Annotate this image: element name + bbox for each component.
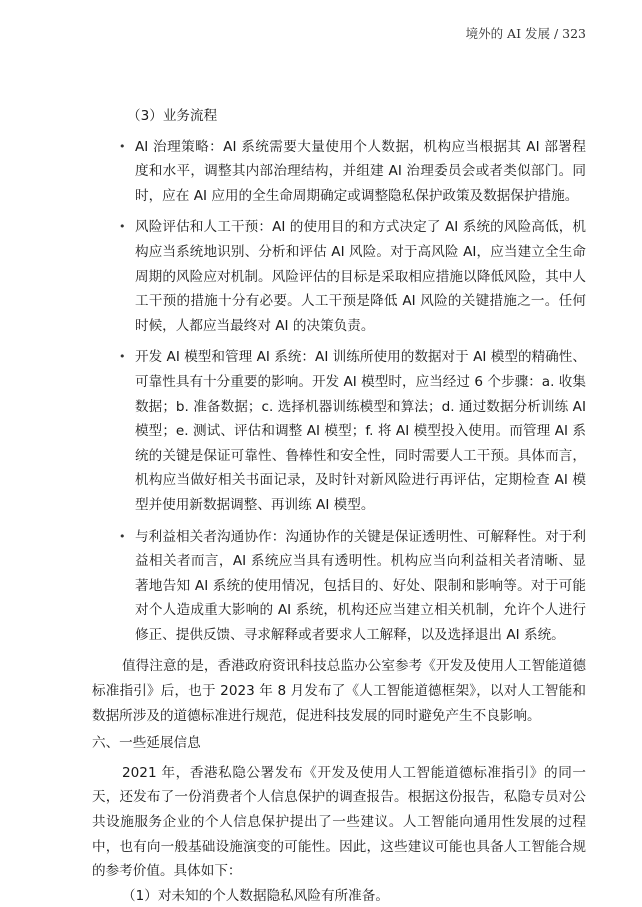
bullet-dot-icon: •	[119, 215, 126, 240]
running-header: 境外的 AI 发展 / 323	[466, 24, 586, 42]
bullet-risk-assessment: • 风险评估和人工干预：AI 的使用目的和方式决定了 AI 系统的风险高低，机构…	[92, 215, 586, 338]
bullet-dot-icon: •	[119, 135, 126, 160]
section-heading-extended-info: 六、一些延展信息	[92, 731, 586, 756]
bullet-text: 与利益相关者沟通协作：沟通协作的关键是保证透明性、可解释性。对于利益相关者而言，…	[135, 529, 586, 643]
bullet-text: 风险评估和人工干预：AI 的使用目的和方式决定了 AI 系统的风险高低，机构应当…	[135, 219, 586, 333]
numbered-item-1: （1）对未知的个人数据隐私风险有所准备。	[92, 884, 586, 907]
bullet-model-development: • 开发 AI 模型和管理 AI 系统：AI 训练所使用的数据对于 AI 模型的…	[92, 345, 586, 517]
subheading-business-process: （3）业务流程	[92, 104, 586, 129]
bullet-ai-governance: • AI 治理策略：AI 系统需要大量使用个人数据，机构应当根据其 AI 部署程…	[92, 135, 586, 209]
paragraph-2021-report: 2021 年，香港私隐公署发布《开发及使用人工智能道德标准指引》的同一天，还发布…	[92, 761, 586, 884]
bullet-list: • AI 治理策略：AI 系统需要大量使用个人数据，机构应当根据其 AI 部署程…	[92, 135, 586, 648]
bullet-dot-icon: •	[119, 345, 126, 370]
bullet-text: AI 治理策略：AI 系统需要大量使用个人数据，机构应当根据其 AI 部署程度和…	[135, 139, 586, 204]
paragraph-hk-ethics-framework: 值得注意的是，香港政府资讯科技总监办公室参考《开发及使用人工智能道德标准指引》后…	[92, 654, 586, 728]
bullet-stakeholder-communication: • 与利益相关者沟通协作：沟通协作的关键是保证透明性、可解释性。对于利益相关者而…	[92, 525, 586, 648]
bullet-text: 开发 AI 模型和管理 AI 系统：AI 训练所使用的数据对于 AI 模型的精确…	[135, 349, 586, 513]
bullet-dot-icon: •	[119, 525, 126, 550]
page-body: （3）业务流程 • AI 治理策略：AI 系统需要大量使用个人数据，机构应当根据…	[92, 104, 586, 907]
